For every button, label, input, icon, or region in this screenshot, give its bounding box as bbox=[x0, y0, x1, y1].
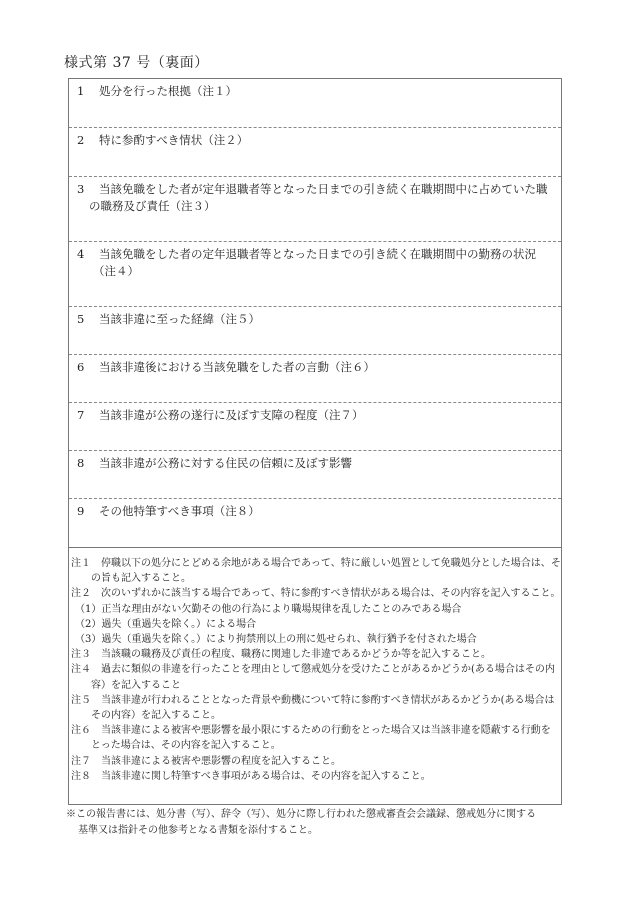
note-text: 停職以下の処分にとどめる余地がある場合であって、特に厳しい処置として免職処分とし… bbox=[101, 558, 561, 569]
note-sub-item: （1）正当な理由がない欠勤その他の行為により職場規律を乱したことのみである場合 bbox=[69, 602, 561, 617]
section-number: 6 bbox=[77, 359, 99, 376]
section-heading: その他特筆すべき事項（注８） bbox=[99, 504, 260, 518]
section-number: 8 bbox=[77, 455, 99, 472]
attachment-note-text-cont: 基準又は指針その他参考となる書類を添付すること。 bbox=[66, 823, 566, 839]
note-sub-item: （2）過失（重過失を除く。）による場合 bbox=[69, 617, 561, 632]
section-1[interactable]: 1処分を行った根拠（注１） bbox=[69, 79, 561, 128]
section-number: 7 bbox=[77, 407, 99, 424]
section-heading: 当該免職をした者が定年退職者等となった日までの引き続く在職期間中に占めていた職 bbox=[99, 182, 548, 196]
note-text: 当該非違に関し特筆すべき事項がある場合は、その内容を記入すること。 bbox=[101, 771, 431, 782]
section-9[interactable]: 9その他特筆すべき事項（注８） bbox=[69, 499, 561, 546]
note-5: 注５当該非違が行われることとなった背景や動機について特に参酌すべき情状があるかど… bbox=[69, 693, 561, 723]
note-8: 注８当該非違に関し特筆すべき事項がある場合は、その内容を記入すること。 bbox=[69, 769, 561, 784]
section-5[interactable]: 5当該非違に至った経緯（注５） bbox=[69, 307, 561, 355]
note-text-cont: とった場合は、その内容を記入すること。 bbox=[69, 738, 561, 753]
section-number: 3 bbox=[77, 181, 99, 198]
note-4: 注４過去に類似の非違を行ったことを理由として懲戒処分を受けたことがあるかどうか(… bbox=[69, 662, 561, 692]
note-text: 当該職の職務及び責任の程度、職務に関連した非違であるかどうか等を記入すること。 bbox=[101, 649, 491, 660]
section-7[interactable]: 7当該非違が公務の遂行に及ぼす支障の程度（注７） bbox=[69, 403, 561, 451]
note-sub-item: （3）過失（重過失を除く。）により拘禁刑以上の刑に処せられ、執行猶予を付された場… bbox=[69, 632, 561, 647]
note-text: 当該非違による被害や悪影響の程度を記入すること。 bbox=[101, 756, 341, 767]
note-text: 過去に類似の非違を行ったことを理由として懲戒処分を受けたことがあるかどうか(ある… bbox=[101, 664, 555, 675]
note-label: 注５ bbox=[69, 693, 101, 708]
section-heading: 特に参酌すべき情状（注２） bbox=[99, 133, 248, 147]
note-1: 注１停職以下の処分にとどめる余地がある場合であって、特に厳しい処置として免職処分… bbox=[69, 556, 561, 586]
note-label: 注６ bbox=[69, 723, 101, 738]
note-2: 注２次のいずれかに該当する場合であって、特に参酌すべき情状がある場合は、その内容… bbox=[69, 586, 561, 647]
notes-block: 注１停職以下の処分にとどめる余地がある場合であって、特に厳しい処置として免職処分… bbox=[69, 547, 561, 805]
section-number: 5 bbox=[77, 311, 99, 328]
section-heading: 当該非違が公務の遂行に及ぼす支障の程度（注７） bbox=[99, 408, 364, 422]
section-heading: 当該非違後における当該免職をした者の言動（注６） bbox=[99, 360, 375, 374]
form-sections: 1処分を行った根拠（注１） 2特に参酌すべき情状（注２） 3当該免職をした者が定… bbox=[69, 79, 561, 546]
section-number: 2 bbox=[77, 132, 99, 149]
note-text: 次のいずれかに該当する場合であって、特に参酌すべき情状がある場合は、その内容を記… bbox=[101, 588, 561, 599]
section-heading: 当該非違が公務に対する住民の信頼に及ぼす影響 bbox=[99, 456, 352, 470]
section-2[interactable]: 2特に参酌すべき情状（注２） bbox=[69, 128, 561, 177]
report-form-box: 1処分を行った根拠（注１） 2特に参酌すべき情状（注２） 3当該免職をした者が定… bbox=[68, 78, 562, 805]
note-6: 注６当該非違による被害や悪影響を最小限にするための行動をとった場合又は当該非違を… bbox=[69, 723, 561, 753]
note-text-cont: 容）を記入すること bbox=[69, 678, 561, 693]
note-label: 注８ bbox=[69, 769, 101, 784]
note-text-cont: その内容）を記入すること。 bbox=[69, 708, 561, 723]
note-7: 注７当該非違による被害や悪影響の程度を記入すること。 bbox=[69, 754, 561, 769]
note-label: 注１ bbox=[69, 556, 101, 571]
form-title: 様式第 37 号（裏面） bbox=[64, 52, 209, 72]
section-number: 4 bbox=[77, 246, 99, 263]
section-number: 1 bbox=[77, 83, 99, 100]
section-heading: 当該非違に至った経緯（注５） bbox=[99, 312, 260, 326]
note-label: 注７ bbox=[69, 754, 101, 769]
note-text: 当該非違が行われることとなった背景や動機について特に参酌すべき情状があるかどうか… bbox=[101, 695, 555, 706]
note-label: 注２ bbox=[69, 586, 101, 601]
note-label: 注４ bbox=[69, 662, 101, 677]
attachment-note: ※この報告書には、処分書（写）、辞令（写）、処分に際し行われた懲戒審査会会議録、… bbox=[66, 807, 566, 838]
attachment-note-text: ※この報告書には、処分書（写）、辞令（写）、処分に際し行われた懲戒審査会会議録、… bbox=[66, 807, 566, 823]
section-4[interactable]: 4当該免職をした者の定年退職者等となった日までの引き続く在職期間中の勤務の状況 … bbox=[69, 242, 561, 307]
note-3: 注３当該職の職務及び責任の程度、職務に関連した非違であるかどうか等を記入すること… bbox=[69, 647, 561, 662]
note-text-cont: の旨も記入すること。 bbox=[69, 571, 561, 586]
section-heading-cont: （注４） bbox=[93, 263, 139, 280]
section-heading-cont: の職務及び責任（注３） bbox=[89, 198, 216, 215]
note-label: 注３ bbox=[69, 647, 101, 662]
section-number: 9 bbox=[77, 503, 99, 520]
section-8[interactable]: 8当該非違が公務に対する住民の信頼に及ぼす影響 bbox=[69, 451, 561, 499]
note-text: 当該非違による被害や悪影響を最小限にするための行動をとった場合又は当該非違を隠蔽… bbox=[101, 725, 551, 736]
section-6[interactable]: 6当該非違後における当該免職をした者の言動（注６） bbox=[69, 355, 561, 403]
section-heading: 処分を行った根拠（注１） bbox=[99, 84, 237, 98]
section-heading: 当該免職をした者の定年退職者等となった日までの引き続く在職期間中の勤務の状況 bbox=[99, 247, 536, 261]
section-3[interactable]: 3当該免職をした者が定年退職者等となった日までの引き続く在職期間中に占めていた職… bbox=[69, 177, 561, 242]
